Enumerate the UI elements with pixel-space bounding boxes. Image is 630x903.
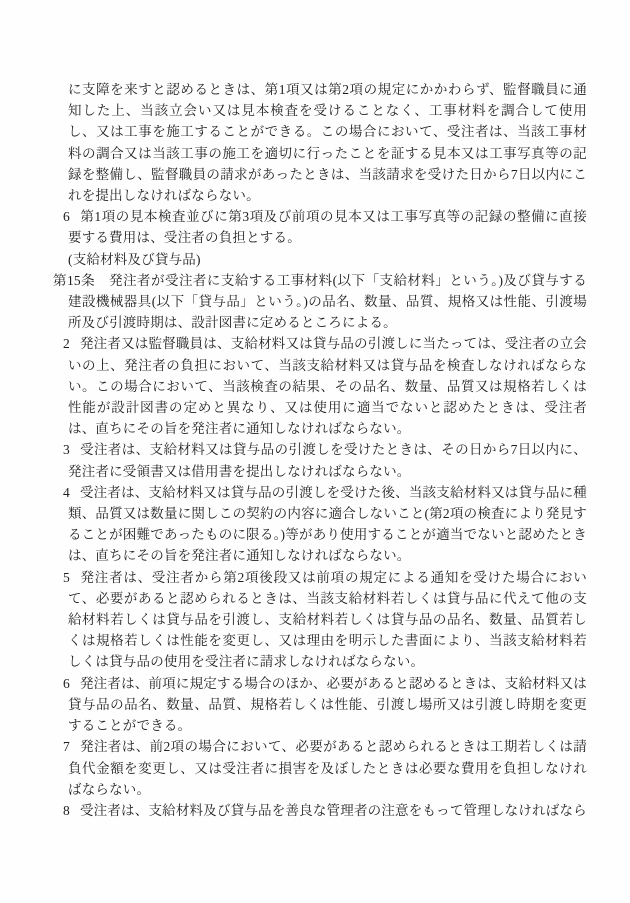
clause-number: 4 xyxy=(63,485,70,500)
contract-text-block: に支障を来すと認めるときは、第1項又は第2項の規定にかかわらず、監督職員に通知し… xyxy=(68,79,587,821)
clause-paragraph-4: 4受注者は、支給材料又は貸与品の引渡しを受けた後、当該支給材料又は貸与品に種類、… xyxy=(68,482,587,567)
continuation-text: に支障を来すと認めるときは、第1項又は第2項の規定にかかわらず、監督職員に通知し… xyxy=(68,82,587,203)
clause-number: 8 xyxy=(63,803,70,818)
clause-paragraph-3: 3受注者は、支給材料又は貸与品の引渡しを受けたときは、その日から7日以内に、発注… xyxy=(68,439,587,481)
document-page: に支障を来すと認めるときは、第1項又は第2項の規定にかかわらず、監督職員に通知し… xyxy=(0,0,630,903)
clause-number: 7 xyxy=(63,739,70,754)
clause-number: 6 xyxy=(63,209,70,224)
clause-text: 受注者は、支給材料又は貸与品の引渡しを受けた後、当該支給材料又は貸与品に種類、品… xyxy=(68,485,587,564)
clause-text: 発注者は、前項に規定する場合のほか、必要があると認めるときは、支給材料又は貸与品… xyxy=(68,676,587,733)
clause-paragraph-7: 7発注者は、前2項の場合において、必要があると認められるときは工期若しくは請負代… xyxy=(68,736,587,800)
clause-number: 6 xyxy=(63,676,70,691)
clause-paragraph-8: 8受注者は、支給材料及び貸与品を善良な管理者の注意をもって管理しなければなら xyxy=(68,800,587,821)
section-heading-text: (支給材料及び貸与品) xyxy=(68,252,201,267)
clause-paragraph-2: 2発注者又は監督職員は、支給材料又は貸与品の引渡しに当たっては、受注者の立会いの… xyxy=(68,333,587,439)
clause-paragraph-6: 6発注者は、前項に規定する場合のほか、必要があると認めるときは、支給材料又は貸与… xyxy=(68,673,587,737)
clause-number: 2 xyxy=(63,336,70,351)
clause-text: 受注者は、支給材料又は貸与品の引渡しを受けたときは、その日から7日以内に、発注者… xyxy=(68,442,587,478)
clause-paragraph-5: 5発注者は、受注者から第2項後段又は前項の規定による通知を受けた場合において、必… xyxy=(68,567,587,673)
clause-text: 発注者は、前2項の場合において、必要があると認められるときは工期若しくは請負代金… xyxy=(68,739,587,796)
clause-text: 発注者又は監督職員は、支給材料又は貸与品の引渡しに当たっては、受注者の立会いの上… xyxy=(68,336,587,436)
continuation-paragraph: に支障を来すと認めるときは、第1項又は第2項の規定にかかわらず、監督職員に通知し… xyxy=(68,79,587,206)
article-text: 発注者が受注者に支給する工事材料(以下「支給材料」という。)及び貸与する建設機械… xyxy=(68,273,587,330)
article-15-paragraph: 第15条発注者が受注者に支給する工事材料(以下「支給材料」という。)及び貸与する… xyxy=(68,270,587,334)
clause-number: 3 xyxy=(63,442,70,457)
section-heading: (支給材料及び貸与品) xyxy=(68,249,587,270)
article-number: 第15条 xyxy=(53,273,95,288)
clause-number: 5 xyxy=(63,570,70,585)
clause-paragraph-6-prev: 6第1項の見本検査並びに第3項及び前項の見本又は工事写真等の記録の整備に直接要す… xyxy=(68,206,587,248)
clause-text: 受注者は、支給材料及び貸与品を善良な管理者の注意をもって管理しなければなら xyxy=(80,803,587,818)
clause-text: 第1項の見本検査並びに第3項及び前項の見本又は工事写真等の記録の整備に直接要する… xyxy=(68,209,587,245)
clause-text: 発注者は、受注者から第2項後段又は前項の規定による通知を受けた場合において、必要… xyxy=(68,570,587,670)
